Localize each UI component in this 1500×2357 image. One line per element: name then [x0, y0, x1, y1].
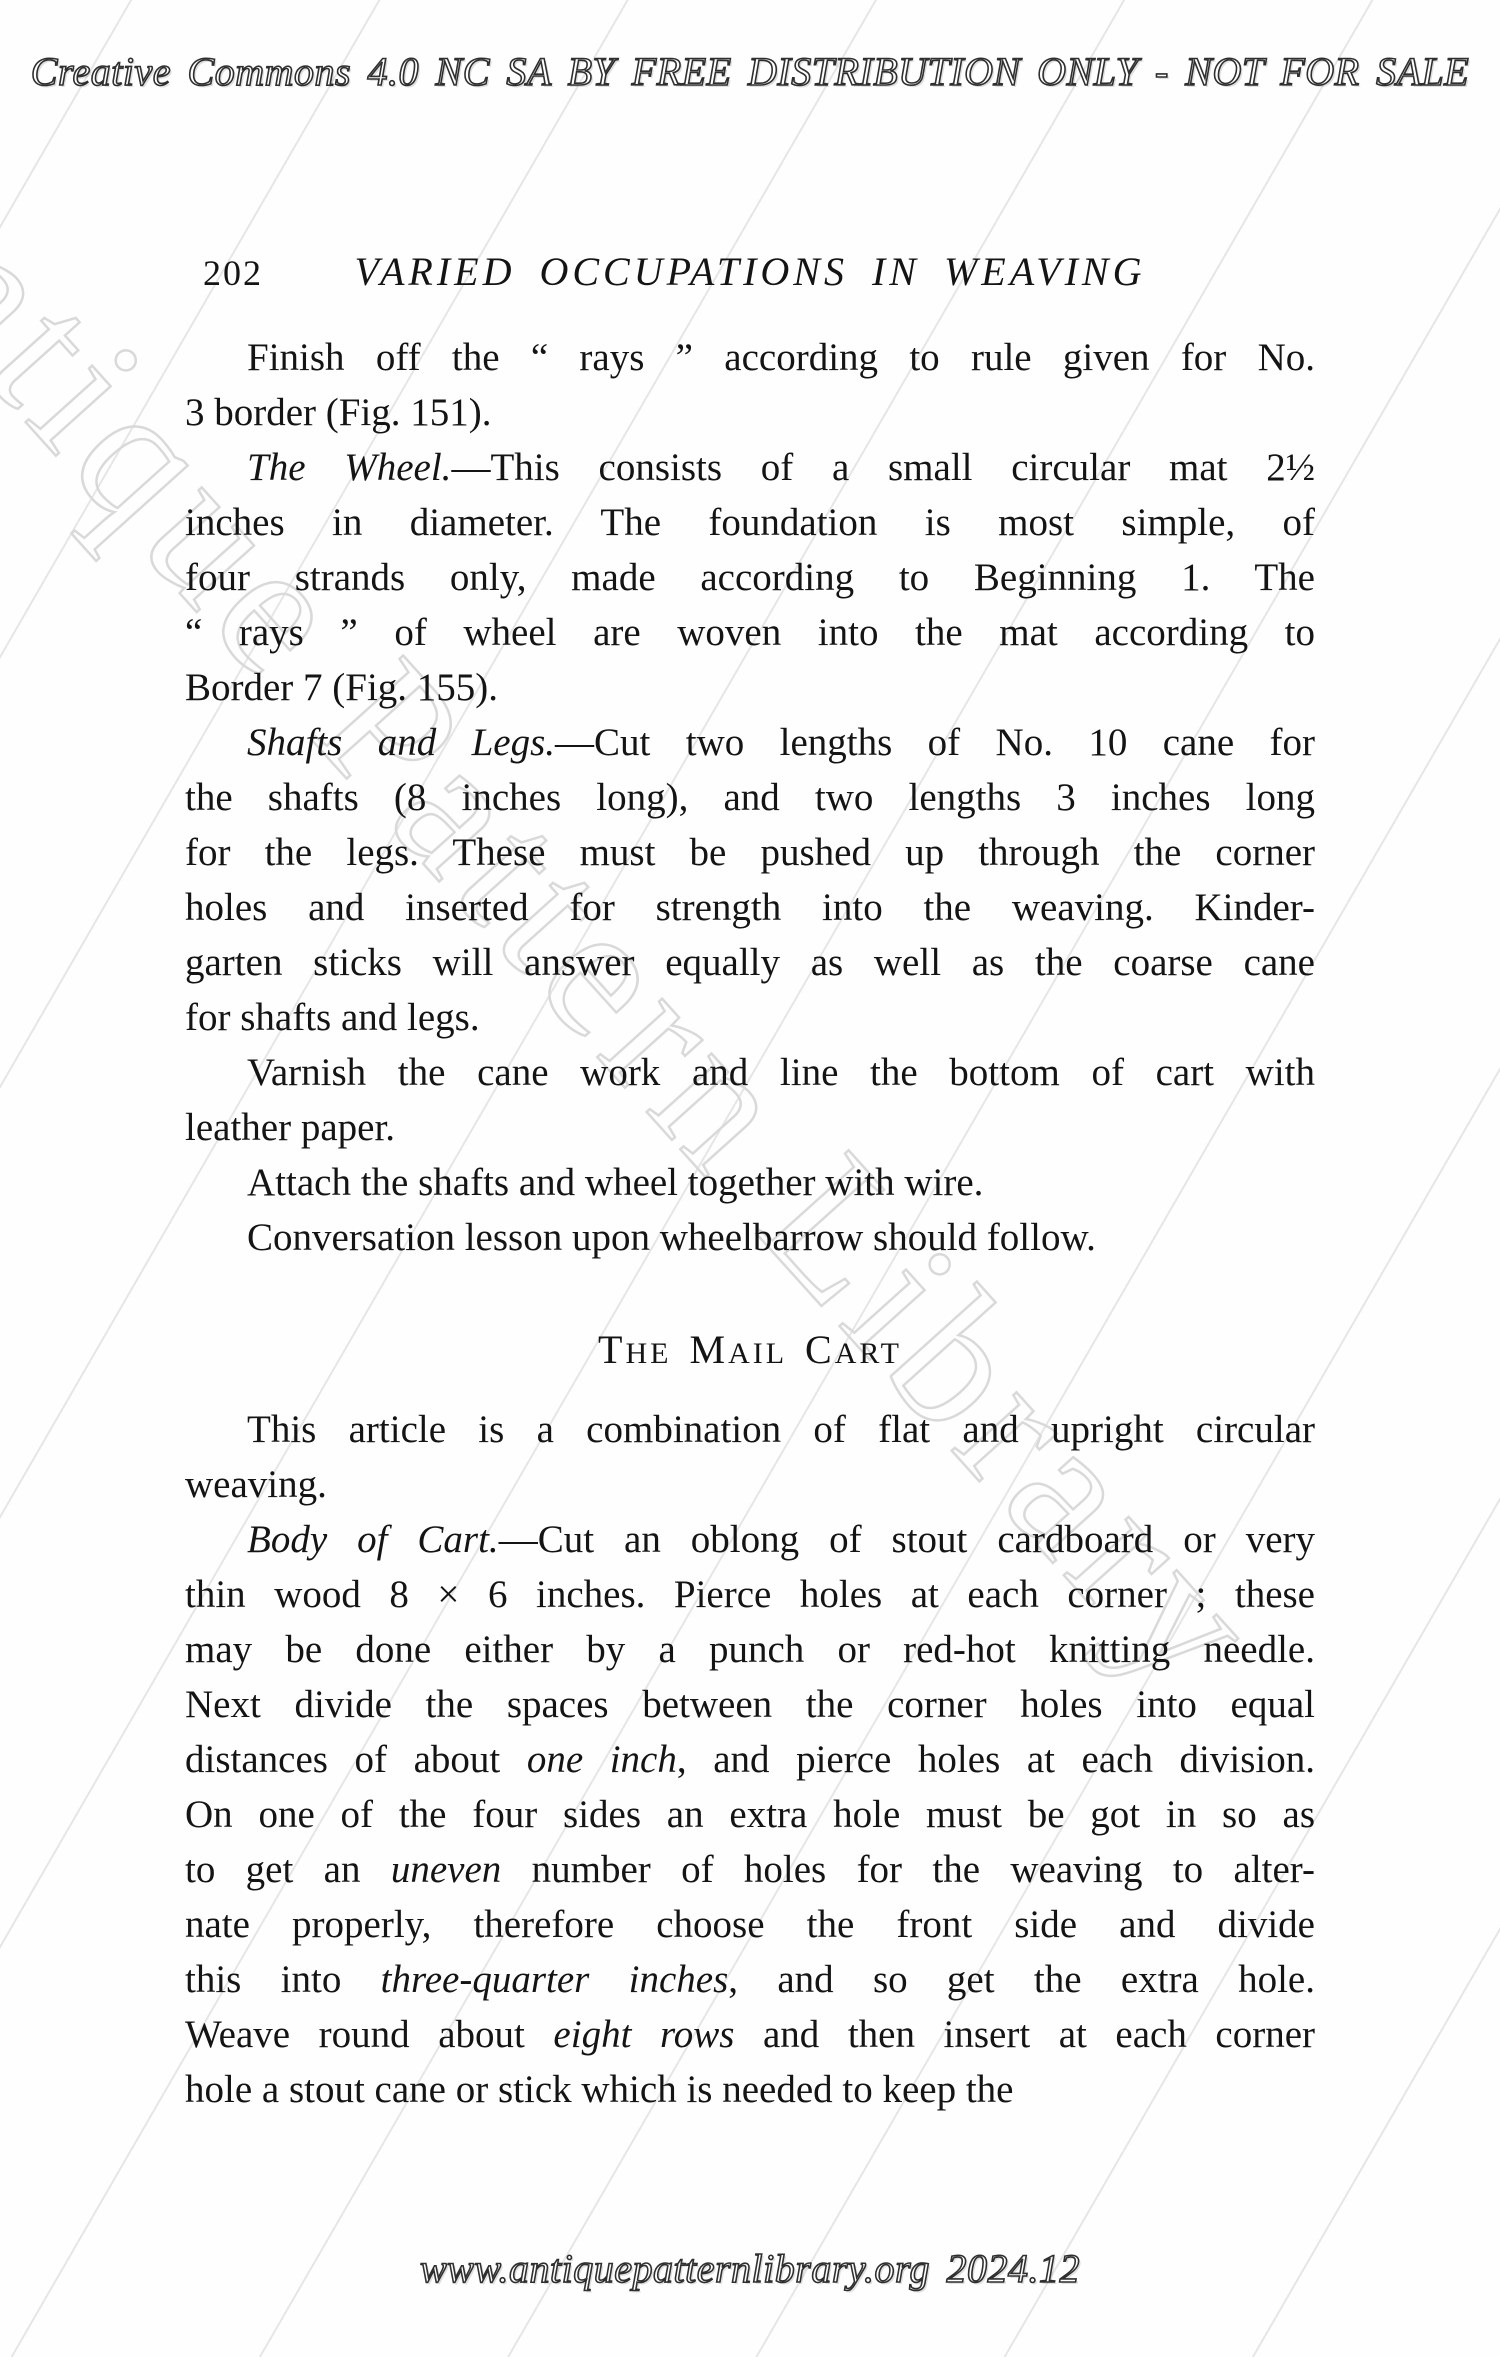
text-line: for the legs. These must be pushed up th…	[185, 825, 1315, 880]
italic-text-segment: uneven	[391, 1848, 501, 1891]
text-line: to get an uneven number of holes for the…	[185, 1842, 1315, 1897]
text-line: Body of Cart.—Cut an oblong of stout car…	[185, 1512, 1315, 1567]
text-line: for shafts and legs.	[185, 990, 1315, 1045]
text-line: Attach the shafts and wheel together wit…	[185, 1155, 1315, 1210]
text-line: distances of about one inch, and pierce …	[185, 1732, 1315, 1787]
text-line: garten sticks will answer equally as wel…	[185, 935, 1315, 990]
italic-text-segment: The Wheel.	[247, 446, 451, 489]
text-segment: Next divide the spaces between the corne…	[185, 1683, 1315, 1726]
heading-word-initial: M	[689, 1327, 728, 1372]
text-segment: and then insert at each corner	[734, 2013, 1315, 2056]
text-segment: this into	[185, 1958, 381, 2001]
text-line: nate properly, therefore choose the fron…	[185, 1897, 1315, 1952]
page-number: 202	[203, 252, 263, 294]
running-title: VARIED OCCUPATIONS IN WEAVING	[185, 248, 1315, 295]
text-segment: hole a stout cane or stick which is need…	[185, 2068, 1013, 2111]
text-segment: leather paper.	[185, 1106, 395, 1149]
text-line: this into three-quarter inches, and so g…	[185, 1952, 1315, 2007]
paragraph-block-mail-cart: This article is a combination of flat an…	[185, 1402, 1315, 2117]
running-header: 202 VARIED OCCUPATIONS IN WEAVING	[185, 248, 1315, 298]
text-line: Shafts and Legs.—Cut two lengths of No. …	[185, 715, 1315, 770]
text-segment: “ rays ” of wheel are woven into the mat…	[185, 611, 1315, 654]
text-line: “ rays ” of wheel are woven into the mat…	[185, 605, 1315, 660]
heading-word-initial: C	[805, 1327, 835, 1372]
heading-word-smallcaps: HE	[625, 1337, 671, 1370]
text-line: weaving.	[185, 1457, 1315, 1512]
text-line: Next divide the spaces between the corne…	[185, 1677, 1315, 1732]
text-segment: Border 7 (Fig. 155).	[185, 666, 498, 709]
text-segment: four strands only, made according to Beg…	[185, 556, 1315, 599]
text-line: hole a stout cane or stick which is need…	[185, 2062, 1315, 2117]
text-line: Weave round about eight rows and then in…	[185, 2007, 1315, 2062]
text-segment: —Cut two lengths of No. 10 cane for	[555, 721, 1315, 764]
text-line: Conversation lesson upon wheelbarrow sho…	[185, 1210, 1315, 1265]
text-segment: This article is a combination of flat an…	[247, 1408, 1315, 1451]
italic-text-segment: Shafts and Legs.	[247, 721, 555, 764]
text-line: the shafts (8 inches long), and two leng…	[185, 770, 1315, 825]
text-segment: distances of about	[185, 1738, 527, 1781]
text-segment: Attach the shafts and wheel together wit…	[247, 1161, 983, 1204]
text-line: inches in diameter. The foundation is mo…	[185, 495, 1315, 550]
text-line: holes and inserted for strength into the…	[185, 880, 1315, 935]
italic-text-segment: eight rows	[553, 2013, 734, 2056]
text-segment: On one of the four sides an extra hole m…	[185, 1793, 1315, 1836]
heading-word-smallcaps: ART	[835, 1337, 902, 1370]
text-segment: weaving.	[185, 1463, 327, 1506]
heading-word: CART	[805, 1326, 902, 1373]
heading-word-initial: T	[598, 1327, 625, 1372]
italic-text-segment: one inch	[527, 1738, 677, 1781]
paragraph-block-wheelbarrow: Finish off the “ rays ” according to rul…	[185, 330, 1315, 1265]
text-segment: number of holes for the weaving to alter…	[501, 1848, 1315, 1891]
text-line: 3 border (Fig. 151).	[185, 385, 1315, 440]
text-segment: Finish off the “ rays ” according to rul…	[247, 336, 1315, 379]
text-segment: garten sticks will answer equally as wel…	[185, 941, 1315, 984]
text-segment: —This consists of a small circular mat 2…	[451, 446, 1315, 489]
text-segment: Weave round about	[185, 2013, 553, 2056]
text-segment: , and so get the extra hole.	[728, 1958, 1315, 2001]
text-segment: holes and inserted for strength into the…	[185, 886, 1315, 929]
text-segment: the shafts (8 inches long), and two leng…	[185, 776, 1315, 819]
text-line: The Wheel.—This consists of a small circ…	[185, 440, 1315, 495]
text-segment: thin wood 8 × 6 inches. Pierce holes at …	[185, 1573, 1315, 1616]
text-segment: Varnish the cane work and line the botto…	[247, 1051, 1315, 1094]
footer-stamp: www.antiquepatternlibrary.org 2024.12	[0, 2245, 1500, 2292]
text-line: may be done either by a punch or red-hot…	[185, 1622, 1315, 1677]
text-line: thin wood 8 × 6 inches. Pierce holes at …	[185, 1567, 1315, 1622]
text-segment: to get an	[185, 1848, 391, 1891]
text-segment: may be done either by a punch or red-hot…	[185, 1628, 1315, 1671]
text-line: leather paper.	[185, 1100, 1315, 1155]
text-segment: , and pierce holes at each division.	[677, 1738, 1315, 1781]
text-line: Border 7 (Fig. 155).	[185, 660, 1315, 715]
scanned-book-page: Antique Pattern Library Creative Commons…	[0, 0, 1500, 2357]
text-segment: 3 border (Fig. 151).	[185, 391, 492, 434]
license-banner: Creative Commons 4.0 NC SA BY FREE DISTR…	[0, 48, 1500, 95]
text-line: On one of the four sides an extra hole m…	[185, 1787, 1315, 1842]
section-heading-the-mail-cart: THEMAILCART	[185, 1326, 1315, 1373]
italic-text-segment: Body of Cart.	[247, 1518, 499, 1561]
text-segment: for the legs. These must be pushed up th…	[185, 831, 1315, 874]
text-line: Varnish the cane work and line the botto…	[185, 1045, 1315, 1100]
text-segment: inches in diameter. The foundation is mo…	[185, 501, 1315, 544]
text-segment: Conversation lesson upon wheelbarrow sho…	[247, 1216, 1096, 1259]
heading-word-smallcaps: AIL	[728, 1337, 787, 1370]
text-segment: nate properly, therefore choose the fron…	[185, 1903, 1315, 1946]
text-segment: —Cut an oblong of stout cardboard or ver…	[499, 1518, 1315, 1561]
text-line: This article is a combination of flat an…	[185, 1402, 1315, 1457]
heading-word: THE	[598, 1326, 671, 1373]
text-line: four strands only, made according to Beg…	[185, 550, 1315, 605]
heading-word: MAIL	[689, 1326, 787, 1373]
text-segment: for shafts and legs.	[185, 996, 480, 1039]
text-line: Finish off the “ rays ” according to rul…	[185, 330, 1315, 385]
italic-text-segment: three-quarter inches	[381, 1958, 729, 2001]
